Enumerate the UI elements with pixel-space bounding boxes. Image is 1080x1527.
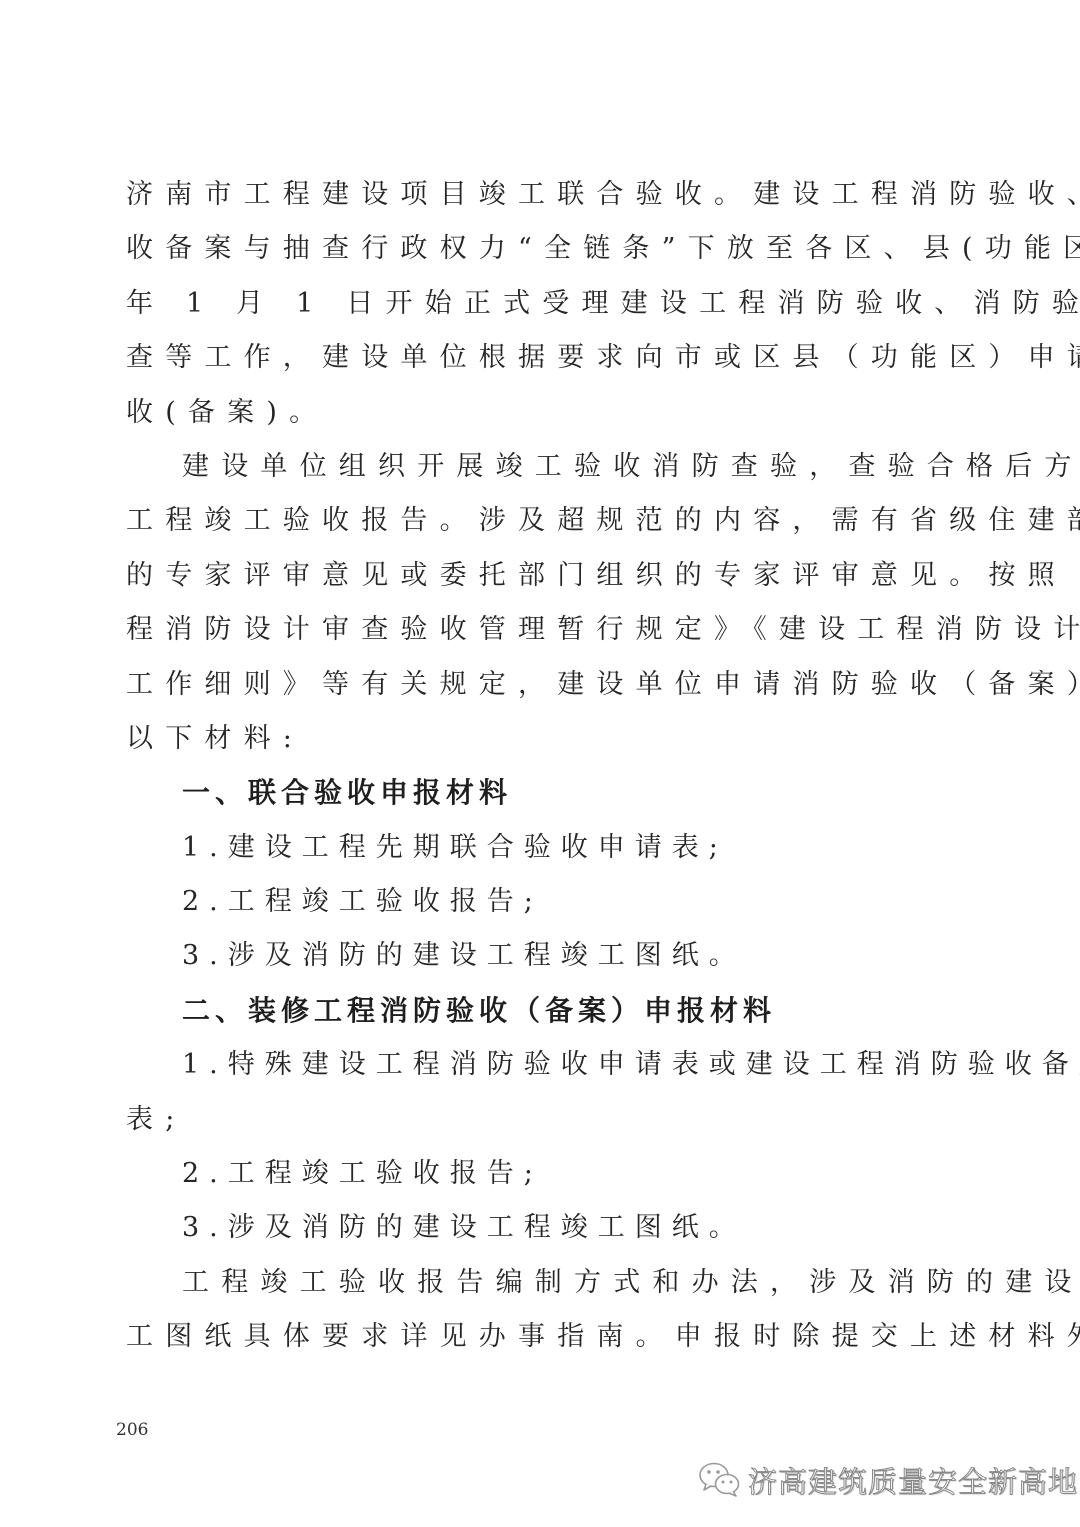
watermark-text: 济高建筑质量安全新高地 [748, 1460, 1078, 1501]
body-line: 的专家评审意见或委托部门组织的专家评审意见。按照《建设工 [126, 549, 942, 603]
section-heading-renovation-fire-acceptance: 二、装修工程消防验收（备案）申报材料 [126, 984, 942, 1038]
document-body: 济南市工程建设项目竣工联合验收。建设工程消防验收、消防验 收备案与抽查行政权力“… [126, 168, 942, 1365]
body-line: 工程竣工验收报告。涉及超规范的内容，需有省级住建部门组织 [126, 494, 942, 548]
page-number: 206 [116, 1420, 148, 1440]
body-line: 年 1 月 1 日开始正式受理建设工程消防验收、消防验收备案与抽 [126, 277, 942, 331]
list-item: 3.涉及消防的建设工程竣工图纸。 [126, 929, 942, 983]
body-line: 工图纸具体要求详见办事指南。申报时除提交上述材料外，仍需 [126, 1310, 942, 1364]
body-line: 收备案与抽查行政权力“全链条”下放至各区、县(功能区),2021 [126, 222, 942, 276]
section-heading-joint-acceptance: 一、联合验收申报材料 [126, 766, 942, 820]
wechat-icon [698, 1460, 742, 1500]
list-item: 2.工程竣工验收报告; [126, 875, 942, 929]
list-item: 1.建设工程先期联合验收申请表; [126, 821, 942, 875]
paragraph-start-line: 工程竣工验收报告编制方式和办法，涉及消防的建设工程竣 [126, 1256, 942, 1310]
list-item: 3.涉及消防的建设工程竣工图纸。 [126, 1201, 942, 1255]
body-line: 济南市工程建设项目竣工联合验收。建设工程消防验收、消防验 [126, 168, 942, 222]
body-line: 收(备案)。 [126, 386, 942, 440]
watermark: 济高建筑质量安全新高地 [698, 1458, 1078, 1502]
list-item: 2.工程竣工验收报告; [126, 1147, 942, 1201]
list-item: 1.特殊建设工程消防验收申请表或建设工程消防验收备案 [126, 1038, 942, 1092]
body-line: 查等工作，建设单位根据要求向市或区县（功能区）申请消防验 [126, 331, 942, 385]
body-line: 以下材料: [126, 712, 942, 766]
list-item-continuation: 表; [126, 1093, 942, 1147]
body-line: 程消防设计审查验收管理暂行规定》《建设工程消防设计审查验收 [126, 603, 942, 657]
paragraph-start-line: 建设单位组织开展竣工验收消防查验，查验合格后方可编制 [126, 440, 942, 494]
body-line: 工作细则》等有关规定，建设单位申请消防验收（备案）应提交 [126, 658, 942, 712]
document-page: 济南市工程建设项目竣工联合验收。建设工程消防验收、消防验 收备案与抽查行政权力“… [0, 0, 1080, 1527]
